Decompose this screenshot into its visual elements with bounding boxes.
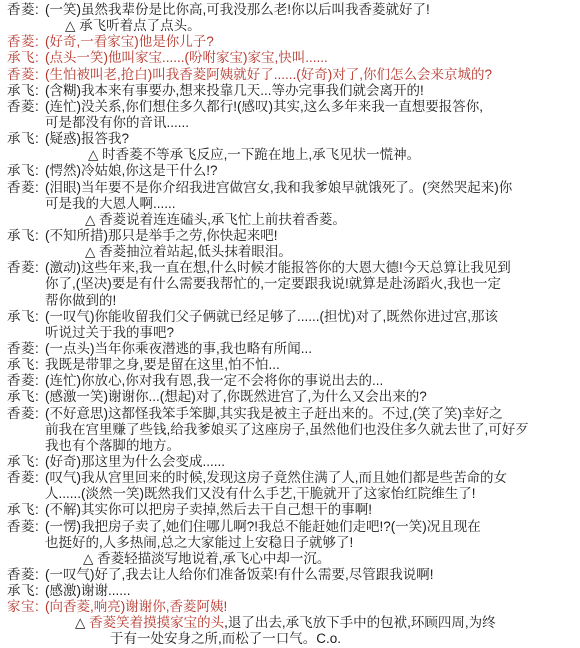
script-body: 香菱:(一笑)虽然我辈份是比你高,可我没那么老!你以后叫我香菱就好了!△ 承飞听… <box>0 2 580 648</box>
dialogue-line: 香菱:(连忙)没关系,你们想住多久都行!(感叹)其实,这么多年来我一直想要报答你… <box>0 99 580 115</box>
speaker-name: 香菱: <box>7 180 39 196</box>
stage-direction: △ 时香菱不等承飞反应,一下跪在地上,承飞见状一慌神。 <box>0 147 580 163</box>
dialogue-text: (一笑)虽然我辈份是比你高,可我没那么老!你以后叫我香菱就好了! <box>45 2 430 17</box>
dialogue-text: (感激)谢谢...... <box>45 583 131 598</box>
dialogue-line: 我也有个落脚的地方。 <box>0 438 580 454</box>
stage-direction-text: △ 承飞听着点了点头。 <box>65 18 201 33</box>
dialogue-line: 家宝:(向香菱,响亮)谢谢你,香菱阿姨! <box>0 599 580 615</box>
dialogue-text: (感激一笑)谢谢你...(想起)对了,你既然进宫了,为什么又会出来的? <box>45 389 427 404</box>
dialogue-line: 听说过关于我的事吧? <box>0 325 580 341</box>
dialogue-text: (含糊)我本来有事要办,想来投靠几天...等办完事我们就会离开的! <box>45 83 424 98</box>
dialogue-text: 可是都没有你的音讯...... <box>45 115 189 130</box>
dialogue-line: 香菱:(激动)这些年来,我一直在想,什么时候才能报答你的大恩大德!今天总算让我见… <box>0 260 580 276</box>
speaker-name: 香菱: <box>7 2 39 18</box>
speaker-name: 香菱: <box>7 260 39 276</box>
dialogue-line: 承飞:(点头一笑)他叫家宝......(吩咐家宝)家宝,快叫...... <box>0 50 580 66</box>
dialogue-line: 承飞:我既是带罪之身,要是留在这里,怕不怕... <box>0 357 580 373</box>
dialogue-text: (一叹气)好了,我去让人给你们准备饭菜!有什么需要,尽管跟我说啊! <box>45 567 434 582</box>
stage-direction: △ 承飞听着点了点头。 <box>0 18 580 34</box>
speaker-name: 承飞: <box>7 83 39 99</box>
dialogue-text: 可是我的大恩人啊...... <box>45 196 176 211</box>
dialogue-text: (不好意思)这都怪我笨手笨脚,其实我是被主子赶出来的。不过,(笑了笑)幸好之 <box>45 406 502 421</box>
speaker-name: 承飞: <box>7 454 39 470</box>
speaker-name: 香菱: <box>7 373 39 389</box>
dialogue-text: (连忙)没关系,你们想住多久都行!(感叹)其实,这么多年来我一直想要报答你, <box>45 99 483 114</box>
speaker-name: 承飞: <box>7 309 39 325</box>
speaker-name: 承飞: <box>7 583 39 599</box>
speaker-name: 承飞: <box>7 131 39 147</box>
stage-direction-text: △ 香菱轻描淡写地说着,承飞心中却一沉。 <box>83 551 330 566</box>
stage-direction-segment: △ <box>75 615 89 630</box>
speaker-name: 香菱: <box>7 34 39 50</box>
dialogue-text: 帮你做到的! <box>45 293 116 308</box>
speaker-name: 香菱: <box>7 519 39 535</box>
dialogue-line: 香菱:(一愣)我把房子卖了,她们住哪儿啊?!我总不能赶她们走吧!?(一笑)况且现… <box>0 519 580 535</box>
dialogue-text: 你了,(坚决)要是有什么需要我帮忙的,一定要跟我说!就算是赴汤蹈火,我也一定 <box>45 276 501 291</box>
dialogue-text: (愕然)冷姑娘,你这是干什么!? <box>45 163 218 178</box>
dialogue-line: 香菱:(不好意思)这都怪我笨手笨脚,其实我是被主子赶出来的。不过,(笑了笑)幸好… <box>0 406 580 422</box>
dialogue-line: 承飞:(愕然)冷姑娘,你这是干什么!? <box>0 163 580 179</box>
script-page: 香菱:(一笑)虽然我辈份是比你高,可我没那么老!你以后叫我香菱就好了!△ 承飞听… <box>0 0 580 648</box>
speaker-name: 承飞: <box>7 50 39 66</box>
dialogue-text: (好奇)那这里为什么会变成...... <box>45 454 225 469</box>
dialogue-line: 香菱:(生怕被叫老,抢白)叫我香菱阿姨就好了......(好奇)对了,你们怎么会… <box>0 67 580 83</box>
speaker-name: 香菱: <box>7 67 39 83</box>
dialogue-text: (一叹气)你能收留我们父子俩就已经足够了......(担忧)对了,既然你进过宫,… <box>45 309 498 324</box>
dialogue-text: 前我在宫里赚了些钱,给我爹娘买了这座房子,虽然他们也没住多久就去世了,可好歹 <box>45 422 529 437</box>
dialogue-line: 承飞:(含糊)我本来有事要办,想来投靠几天...等办完事我们就会离开的! <box>0 83 580 99</box>
dialogue-text: (一愣)我把房子卖了,她们住哪儿啊?!我总不能赶她们走吧!?(一笑)况且现在 <box>45 519 481 534</box>
dialogue-text: (泪眼)当年要不是你介绍我进宫做宫女,我和我爹娘早就饿死了。(突然哭起来)你 <box>45 180 512 195</box>
dialogue-line: 香菱:(一叹气)好了,我去让人给你们准备饭菜!有什么需要,尽管跟我说啊! <box>0 567 580 583</box>
speaker-name: 香菱: <box>7 406 39 422</box>
stage-direction: △ 香菱笑着摸摸家宝的头,退了出去,承飞放下手中的包袱,环顾四周,为终 <box>0 615 580 631</box>
dialogue-line: 承飞:(感激)谢谢...... <box>0 583 580 599</box>
dialogue-text: 人......(淡然一笑)既然我们又没有什么手艺,干脆就开了这家怡红院维生了! <box>45 486 476 501</box>
dialogue-line: 于有一处安身之所,而松了一口气。C.o. <box>0 631 580 647</box>
dialogue-line: 帮你做到的! <box>0 293 580 309</box>
stage-direction-text: △ 时香菱不等承飞反应,一下跪在地上,承飞见状一慌神。 <box>88 147 420 162</box>
dialogue-text: (向香菱,响亮)谢谢你,香菱阿姨! <box>45 599 227 614</box>
stage-direction: △ 香菱轻描淡写地说着,承飞心中却一沉。 <box>0 551 580 567</box>
dialogue-line: 香菱:(好奇,一看家宝)他是你儿子? <box>0 34 580 50</box>
dialogue-text: 我也有个落脚的地方。 <box>45 438 180 453</box>
stage-direction-segment: ,退了出去,承飞放下手中的包袱,环顾四周,为终 <box>224 615 496 630</box>
stage-direction-segment: 香菱笑着摸摸家宝的头 <box>89 615 224 630</box>
dialogue-line: 可是我的大恩人啊...... <box>0 196 580 212</box>
dialogue-line: 你了,(坚决)要是有什么需要我帮忙的,一定要跟我说!就算是赴汤蹈火,我也一定 <box>0 276 580 292</box>
dialogue-text: (疑惑)报答我? <box>45 131 129 146</box>
stage-direction: △ 香菱说着连连磕头,承飞忙上前扶着香菱。 <box>0 212 580 228</box>
speaker-name: 承飞: <box>7 228 39 244</box>
dialogue-line: 可是都没有你的音讯...... <box>0 115 580 131</box>
speaker-name: 承飞: <box>7 163 39 179</box>
speaker-name: 香菱: <box>7 567 39 583</box>
dialogue-line: 也挺好的,人多热闹,总之大家能过上安稳日子就够了! <box>0 535 580 551</box>
speaker-name: 香菱: <box>7 99 39 115</box>
dialogue-text: (好奇,一看家宝)他是你儿子? <box>45 34 214 49</box>
dialogue-text: (激动)这些年来,我一直在想,什么时候才能报答你的大恩大德!今天总算让我见到 <box>45 260 511 275</box>
dialogue-line: 承飞:(感激一笑)谢谢你...(想起)对了,你既然进宫了,为什么又会出来的? <box>0 389 580 405</box>
dialogue-text: (一点头)当年你乘夜潜逃的事,我也略有所闻... <box>45 341 312 356</box>
dialogue-text: 我既是带罪之身,要是留在这里,怕不怕... <box>45 357 280 372</box>
speaker-name: 香菱: <box>7 470 39 486</box>
dialogue-text: 听说过关于我的事吧? <box>45 325 174 340</box>
stage-direction-text: △ 香菱说着连连磕头,承飞忙上前扶着香菱。 <box>85 212 346 227</box>
dialogue-line: 香菱:(连忙)你放心,你对我有恩,我一定不会将你的事说出去的... <box>0 373 580 389</box>
dialogue-line: 香菱:(一点头)当年你乘夜潜逃的事,我也略有所闻... <box>0 341 580 357</box>
dialogue-text: 于有一处安身之所,而松了一口气。C.o. <box>110 631 341 646</box>
dialogue-line: 承飞:(好奇)那这里为什么会变成...... <box>0 454 580 470</box>
speaker-name: 家宝: <box>7 599 39 615</box>
dialogue-text: 也挺好的,人多热闹,总之大家能过上安稳日子就够了! <box>45 535 353 550</box>
dialogue-text: (连忙)你放心,你对我有恩,我一定不会将你的事说出去的... <box>45 373 383 388</box>
stage-direction-text: △ 香菱抽泣着站起,低头抹着眼泪。 <box>85 244 292 259</box>
speaker-name: 承飞: <box>7 502 39 518</box>
dialogue-line: 香菱:(叹气)我从宫里回来的时候,发现这房子竟然住满了人,而且她们都是些苦命的女 <box>0 470 580 486</box>
dialogue-line: 人......(淡然一笑)既然我们又没有什么手艺,干脆就开了这家怡红院维生了! <box>0 486 580 502</box>
dialogue-line: 承飞:(不解)其实你可以把房子卖掉,然后去干自己想干的事啊! <box>0 502 580 518</box>
dialogue-text: (不解)其实你可以把房子卖掉,然后去干自己想干的事啊! <box>45 502 372 517</box>
dialogue-line: 香菱:(泪眼)当年要不是你介绍我进宫做宫女,我和我爹娘早就饿死了。(突然哭起来)… <box>0 180 580 196</box>
dialogue-text: (点头一笑)他叫家宝......(吩咐家宝)家宝,快叫...... <box>45 50 328 65</box>
speaker-name: 承飞: <box>7 357 39 373</box>
dialogue-line: 前我在宫里赚了些钱,给我爹娘买了这座房子,虽然他们也没住多久就去世了,可好歹 <box>0 422 580 438</box>
dialogue-text: (不知所措)那只是举手之劳,你快起来吧! <box>45 228 278 243</box>
dialogue-line: 承飞:(疑惑)报答我? <box>0 131 580 147</box>
dialogue-line: 香菱:(一笑)虽然我辈份是比你高,可我没那么老!你以后叫我香菱就好了! <box>0 2 580 18</box>
stage-direction: △ 香菱抽泣着站起,低头抹着眼泪。 <box>0 244 580 260</box>
speaker-name: 香菱: <box>7 341 39 357</box>
dialogue-line: 承飞:(一叹气)你能收留我们父子俩就已经足够了......(担忧)对了,既然你进… <box>0 309 580 325</box>
dialogue-text: (叹气)我从宫里回来的时候,发现这房子竟然住满了人,而且她们都是些苦命的女 <box>45 470 507 485</box>
dialogue-text: (生怕被叫老,抢白)叫我香菱阿姨就好了......(好奇)对了,你们怎么会来京城… <box>45 67 492 82</box>
dialogue-line: 承飞:(不知所措)那只是举手之劳,你快起来吧! <box>0 228 580 244</box>
speaker-name: 承飞: <box>7 389 39 405</box>
